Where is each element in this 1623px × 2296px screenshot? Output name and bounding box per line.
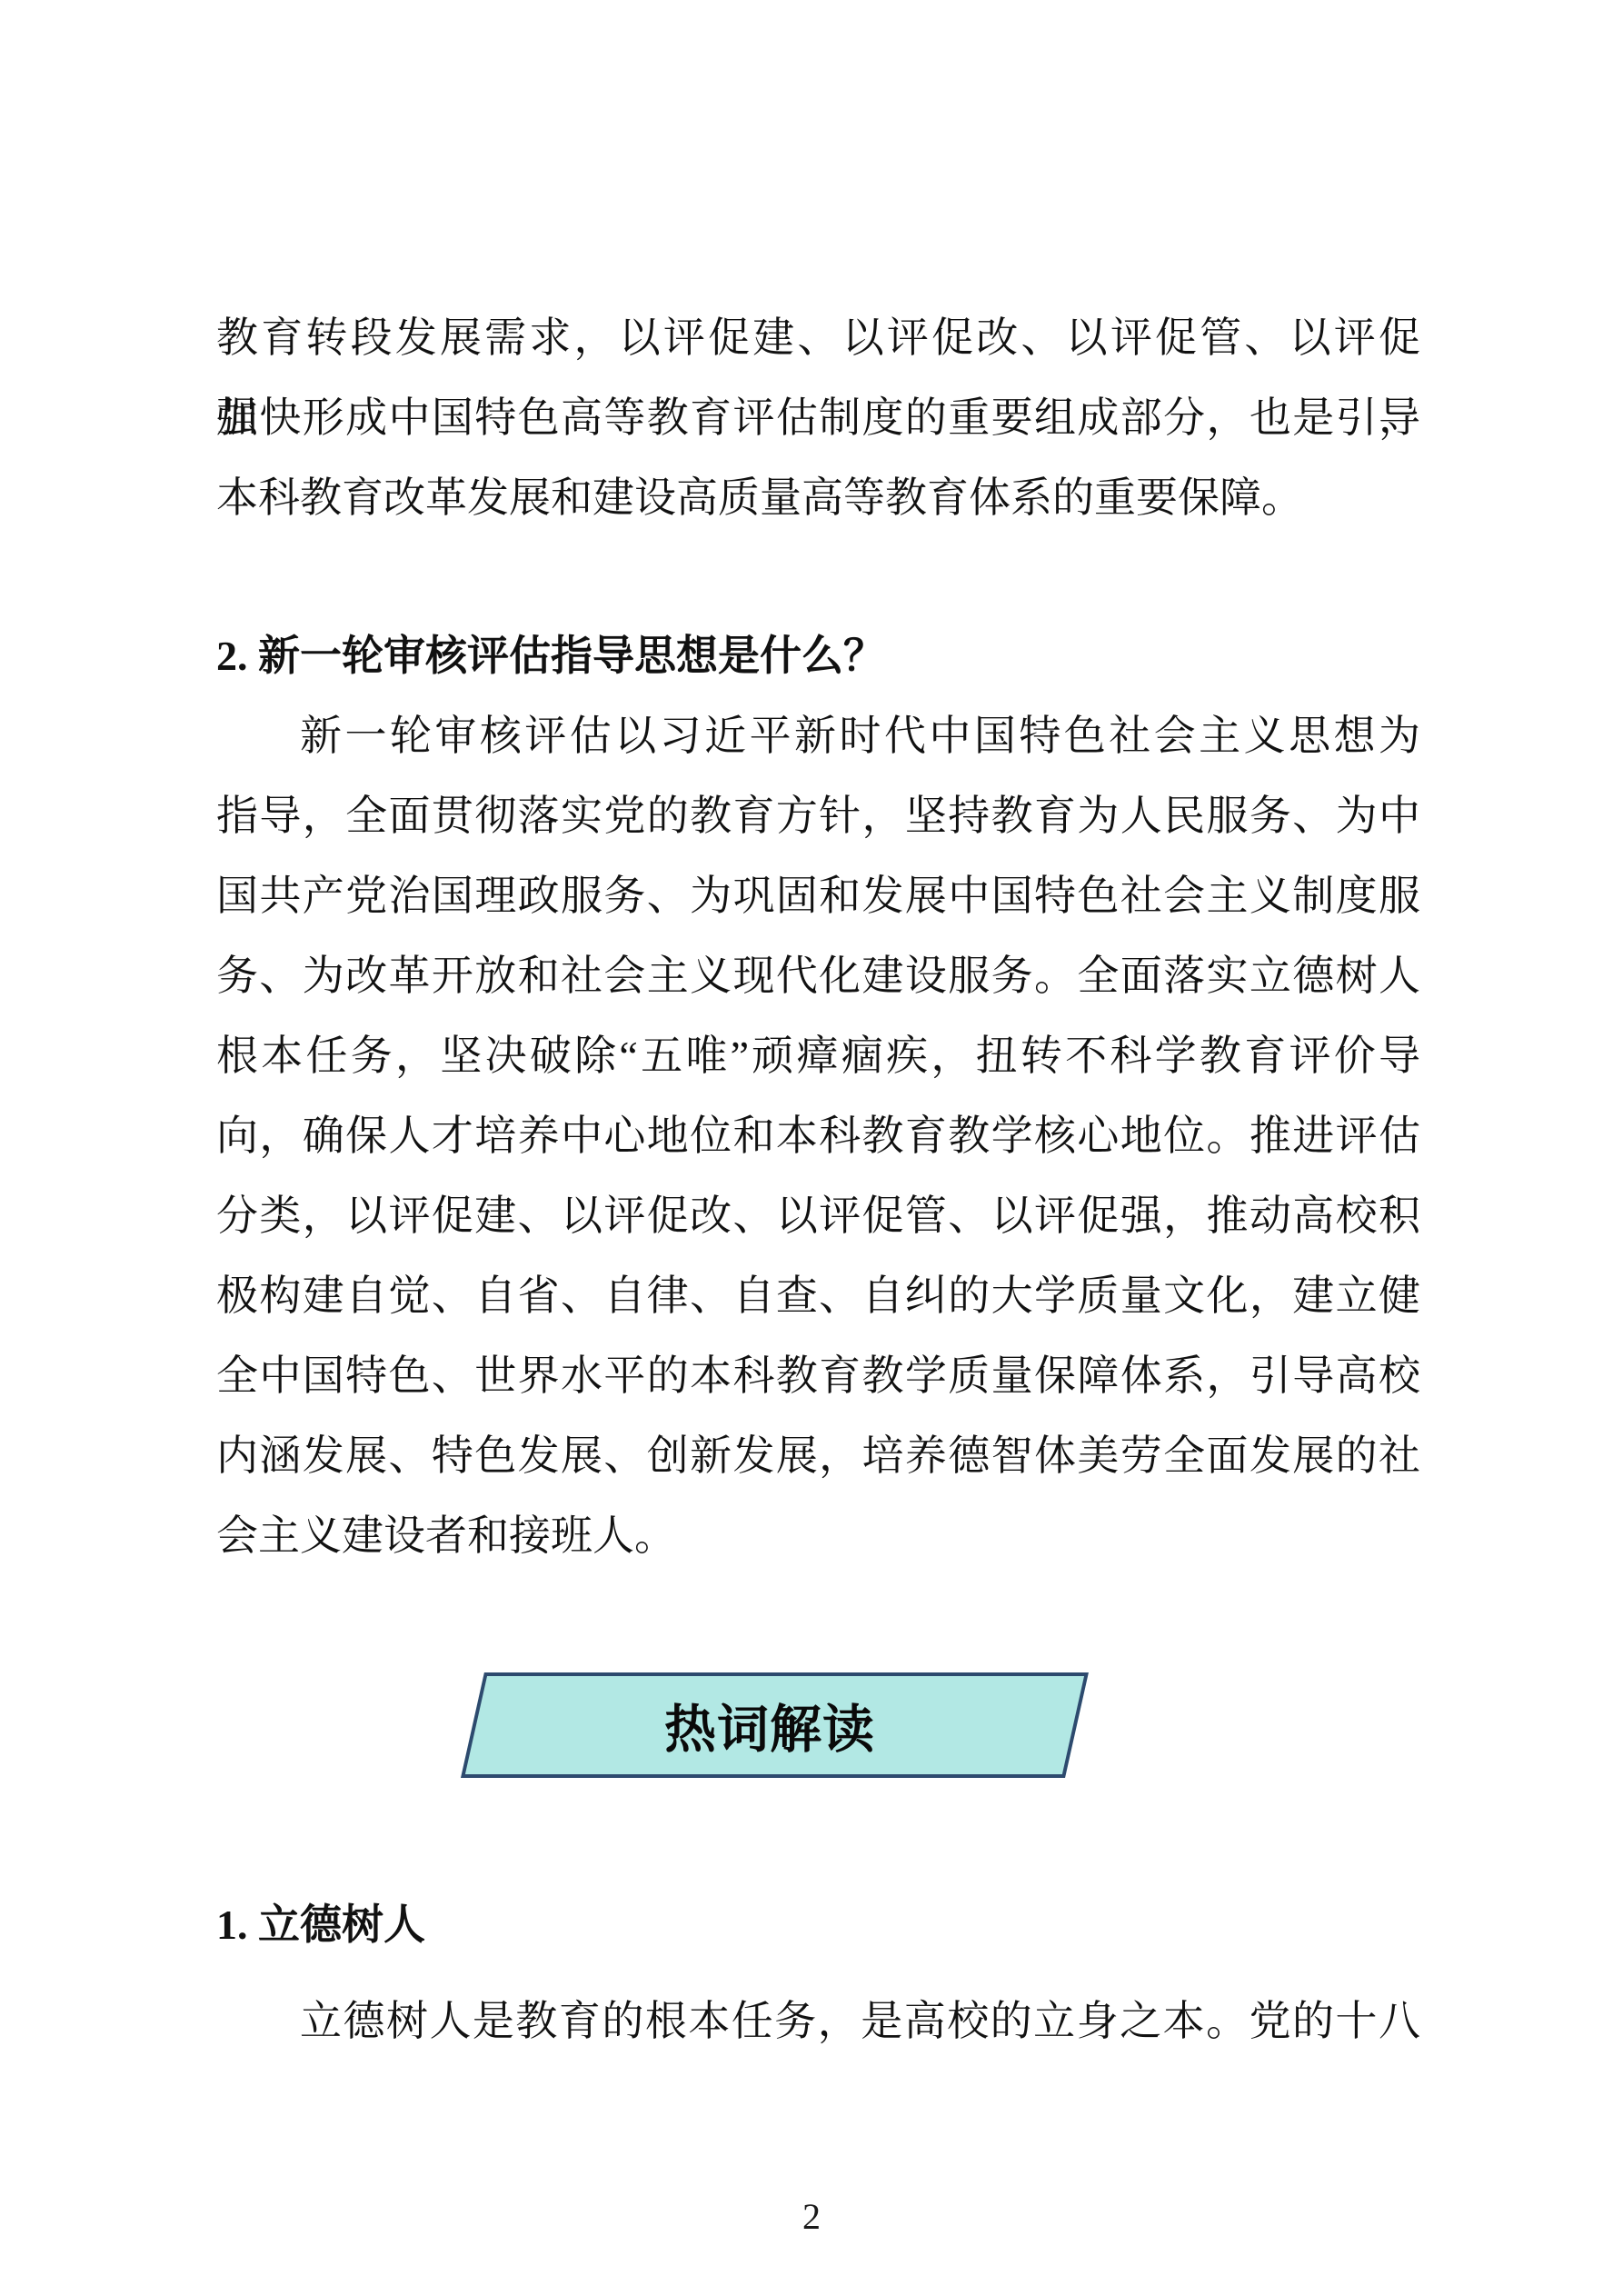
paragraph-line: 加快形成中国特色高等教育评估制度的重要组成部分，也是引导 bbox=[216, 378, 1420, 458]
document-page: 教育转段发展需求，以评促建、以评促改、以评促管、以评促强， 加快形成中国特色高等… bbox=[0, 0, 1623, 2296]
hot-words-banner: 热词解读 bbox=[461, 1672, 1079, 1778]
paragraph-line: 会主义建设者和接班人。 bbox=[216, 1496, 1420, 1576]
paragraph-line: 内涵发展、特色发展、创新发展，培养德智体美劳全面发展的社 bbox=[216, 1416, 1420, 1496]
paragraph-2: 新一轮审核评估以习近平新时代中国特色社会主义思想为 指导，全面贯彻落实党的教育方… bbox=[216, 696, 1420, 1576]
paragraph-line: 根本任务，坚决破除“五唯”顽瘴痼疾，扭转不科学教育评价导 bbox=[216, 1016, 1420, 1096]
paragraph-line: 极构建自觉、自省、自律、自查、自纠的大学质量文化，建立健 bbox=[216, 1256, 1420, 1336]
banner-title: 热词解读 bbox=[461, 1672, 1079, 1778]
paragraph-line: 本科教育改革发展和建设高质量高等教育体系的重要保障。 bbox=[216, 458, 1420, 538]
paragraph-line: 指导，全面贯彻落实党的教育方针，坚持教育为人民服务、为中 bbox=[216, 776, 1420, 856]
paragraph-line: 立德树人是教育的根本任务，是高校的立身之本。党的十八 bbox=[216, 1982, 1420, 2061]
paragraph-3: 立德树人是教育的根本任务，是高校的立身之本。党的十八 bbox=[216, 1982, 1420, 2061]
paragraph-line: 教育转段发展需求，以评促建、以评促改、以评促管、以评促强， bbox=[216, 298, 1420, 378]
paragraph-line: 国共产党治国理政服务、为巩固和发展中国特色社会主义制度服 bbox=[216, 856, 1420, 936]
section-heading-lideshuren: 1. 立德树人 bbox=[216, 1885, 1420, 1965]
paragraph-line: 向，确保人才培养中心地位和本科教育教学核心地位。推进评估 bbox=[216, 1096, 1420, 1176]
paragraph-line: 全中国特色、世界水平的本科教育教学质量保障体系，引导高校 bbox=[216, 1336, 1420, 1416]
paragraph-line: 新一轮审核评估以习近平新时代中国特色社会主义思想为 bbox=[216, 696, 1420, 776]
page-number: 2 bbox=[0, 2195, 1623, 2239]
paragraph-1: 教育转段发展需求，以评促建、以评促改、以评促管、以评促强， 加快形成中国特色高等… bbox=[216, 298, 1420, 538]
section-heading-guiding-ideology: 2. 新一轮审核评估指导思想是什么？ bbox=[216, 616, 1420, 696]
paragraph-line: 分类，以评促建、以评促改、以评促管、以评促强，推动高校积 bbox=[216, 1176, 1420, 1256]
paragraph-line: 务、为改革开放和社会主义现代化建设服务。全面落实立德树人 bbox=[216, 936, 1420, 1016]
